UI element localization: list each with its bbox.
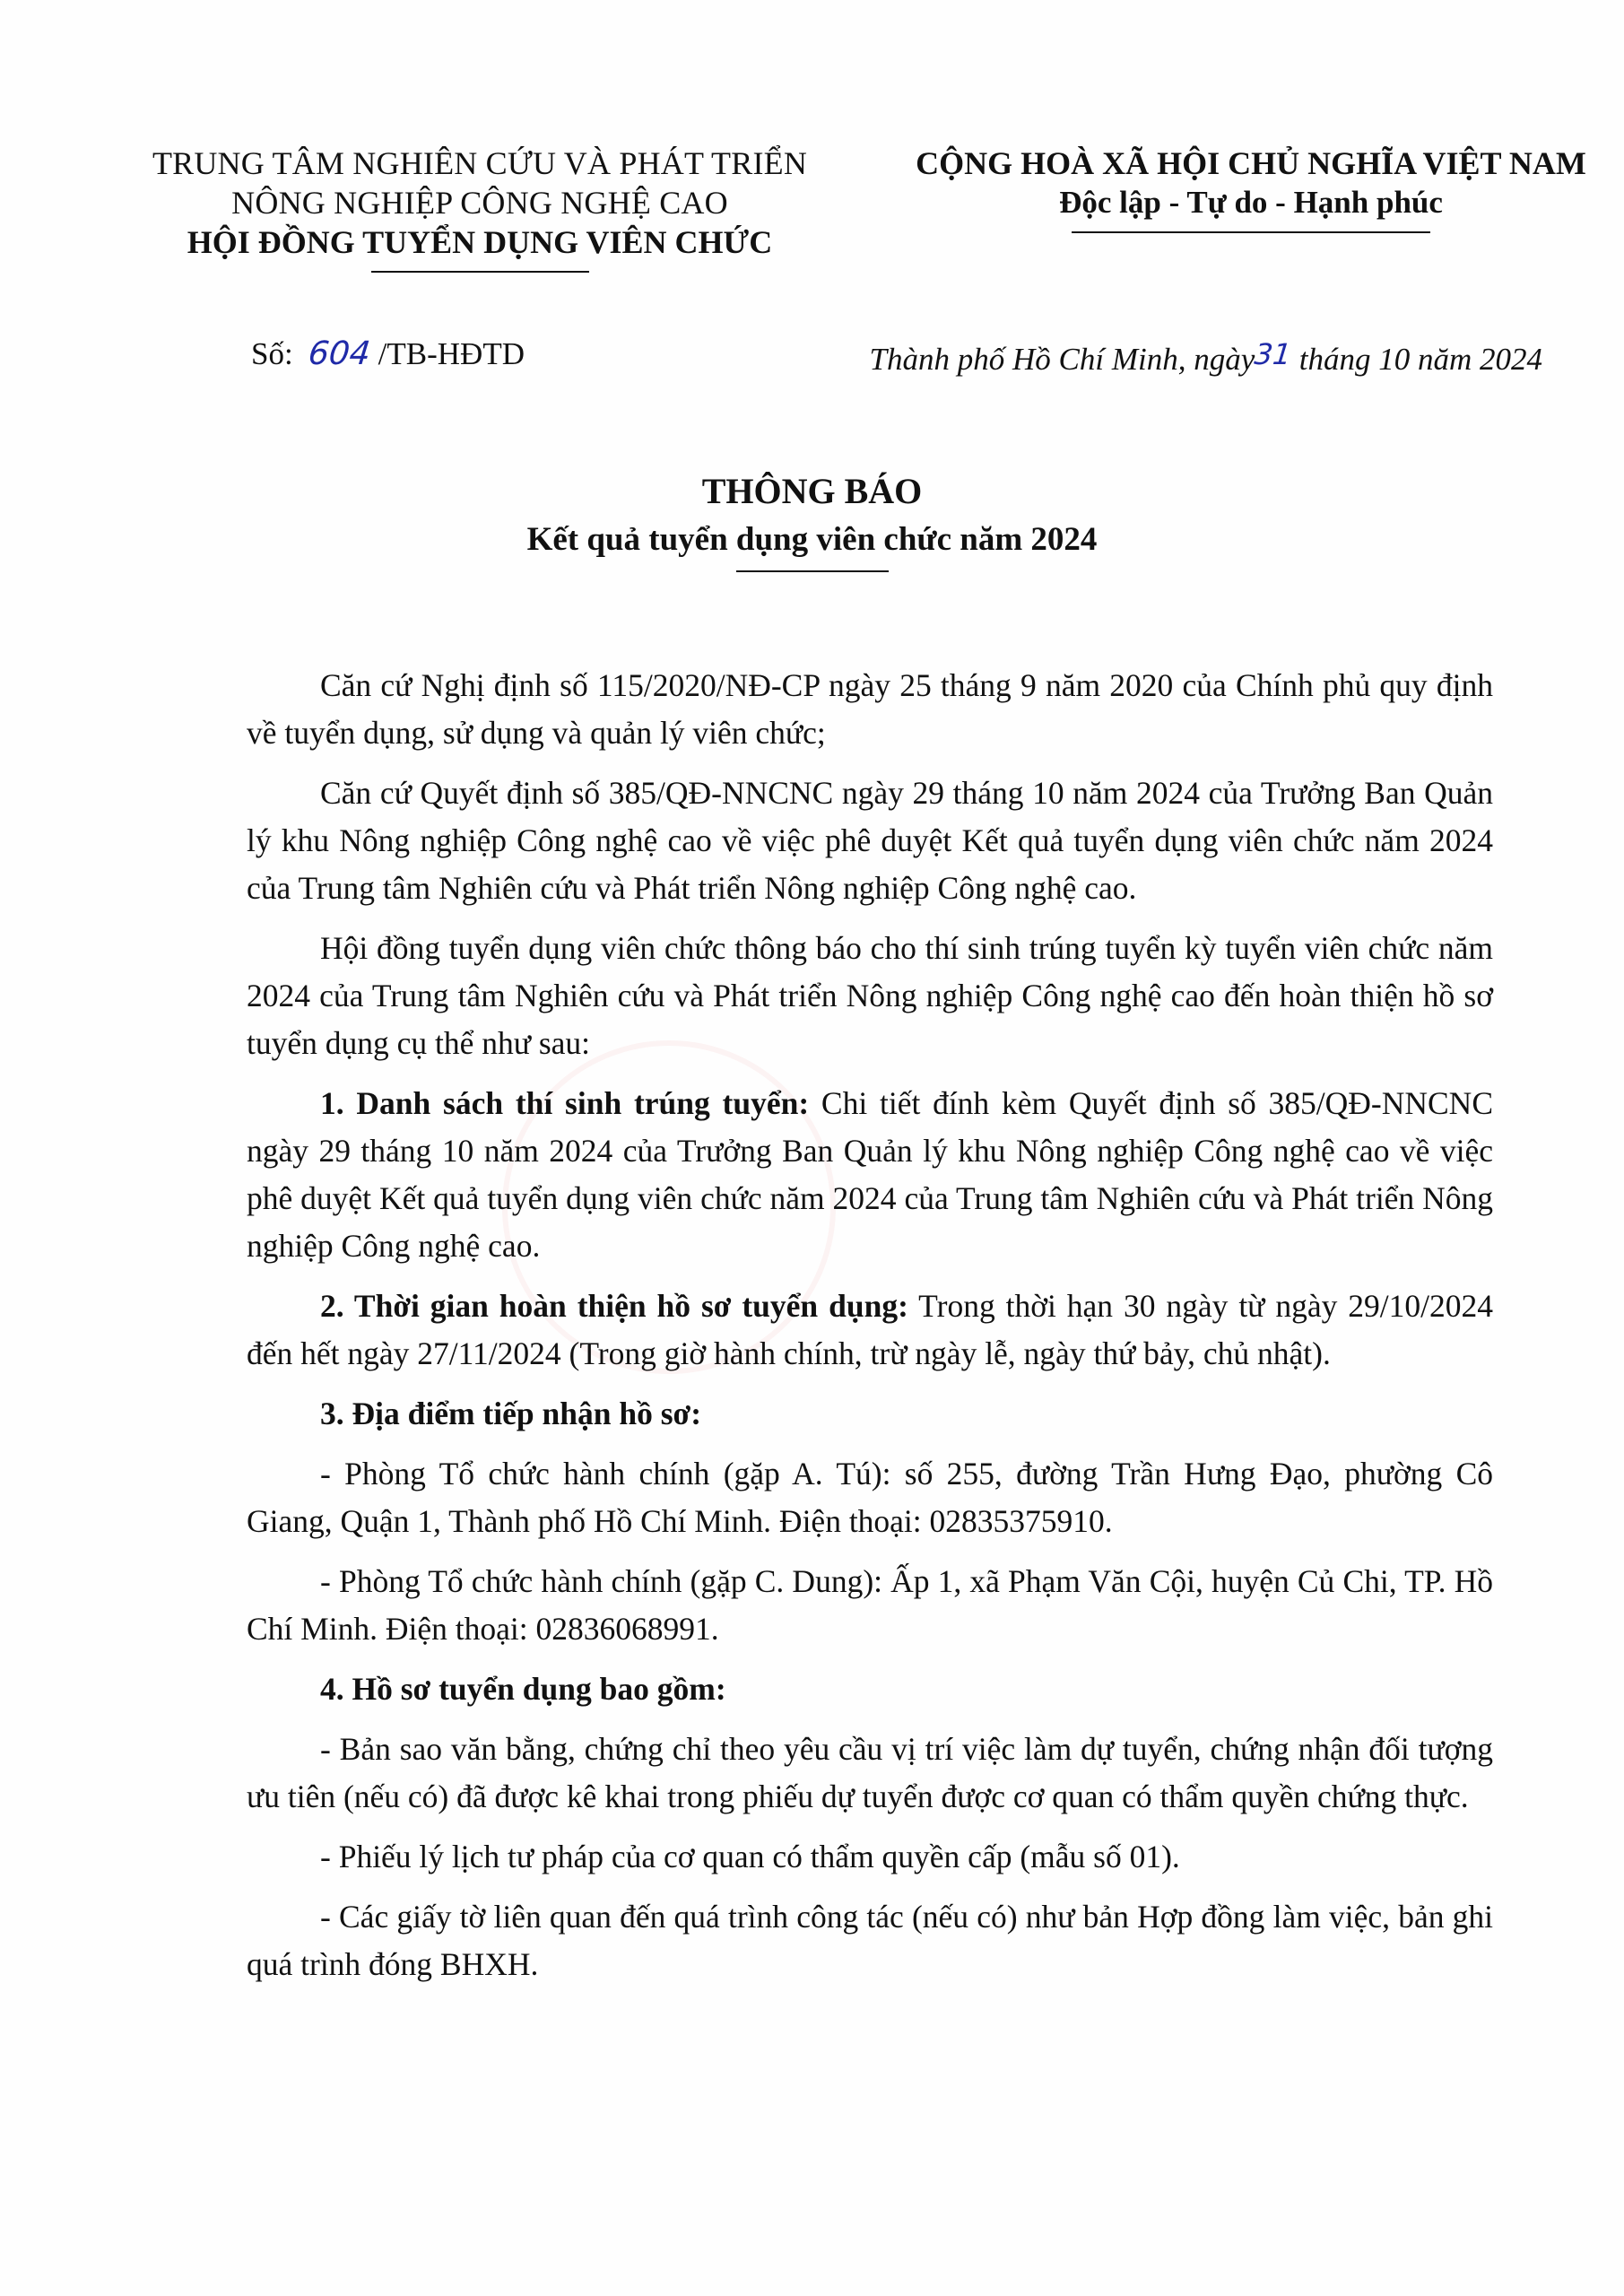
handwritten-day: 31 [1253,332,1294,377]
required-document-item: - Các giấy tờ liên quan đến quá trình cô… [247,1893,1493,1988]
required-document-item: - Bản sao văn bằng, chứng chỉ theo yêu c… [247,1726,1493,1821]
handwritten-number: 604 [307,332,373,377]
national-header-block: CỘNG HOÀ XÃ HỘI CHỦ NGHĨA VIỆT NAM Độc l… [897,143,1605,233]
legal-basis-2: Căn cứ Quyết định số 385/QĐ-NNCNC ngày 2… [247,770,1493,912]
location-item: - Phòng Tổ chức hành chính (gặp C. Dung)… [247,1558,1493,1653]
section-1: 1. Danh sách thí sinh trúng tuyển: Chi t… [247,1080,1493,1270]
required-document-item: - Phiếu lý lịch tư pháp của cơ quan có t… [247,1833,1493,1881]
section-2-heading: 2. Thời gian hoàn thiện hồ sơ tuyển dụng… [320,1288,908,1324]
document-body: Căn cứ Nghị định số 115/2020/NĐ-CP ngày … [247,662,1493,2001]
section-1-heading: 1. Danh sách thí sinh trúng tuyển: [320,1085,809,1121]
place-and-date: Thành phố Hồ Chí Minh, ngày31 tháng 10 n… [870,332,1542,382]
title-underline [736,570,889,572]
number-suffix: /TB-HĐTD [378,336,525,371]
place-date-prefix: Thành phố Hồ Chí Minh, ngày [870,342,1255,377]
section-2: 2. Thời gian hoàn thiện hồ sơ tuyển dụng… [247,1283,1493,1378]
motto-underline [1072,231,1430,233]
document-title-block: THÔNG BÁO Kết quả tuyển dụng viên chức n… [0,466,1624,572]
location-item: - Phòng Tổ chức hành chính (gặp A. Tú): … [247,1450,1493,1545]
section-3-heading: 3. Địa điểm tiếp nhận hồ sơ: [247,1390,1493,1438]
document-number: Số: 604 /TB-HĐTD [251,332,525,377]
agency-underline [371,271,589,273]
nation-name: CỘNG HOÀ XÃ HỘI CHỦ NGHĨA VIỆT NAM [897,143,1605,183]
section-3-heading-text: 3. Địa điểm tiếp nhận hồ sơ: [320,1396,701,1431]
document-type: THÔNG BÁO [0,466,1624,517]
council-name: HỘI ĐỒNG TUYỂN DỤNG VIÊN CHỨC [135,222,825,262]
intro-paragraph: Hội đồng tuyển dụng viên chức thông báo … [247,925,1493,1067]
reference-row: Số: 604 /TB-HĐTD Thành phố Hồ Chí Minh, … [251,332,1542,377]
section-4-heading: 4. Hồ sơ tuyển dụng bao gồm: [247,1665,1493,1713]
document-page: TRUNG TÂM NGHIÊN CỨU VÀ PHÁT TRIỂN NÔNG … [0,0,1624,2296]
agency-name-line-1: TRUNG TÂM NGHIÊN CỨU VÀ PHÁT TRIỂN [135,143,825,183]
legal-basis-1: Căn cứ Nghị định số 115/2020/NĐ-CP ngày … [247,662,1493,757]
agency-name-line-2: NÔNG NGHIỆP CÔNG NGHỆ CAO [135,183,825,222]
section-4-heading-text: 4. Hồ sơ tuyển dụng bao gồm: [320,1671,726,1707]
number-label: Số: [251,336,293,371]
document-subject: Kết quả tuyển dụng viên chức năm 2024 [0,517,1624,563]
issuing-agency-block: TRUNG TÂM NGHIÊN CỨU VÀ PHÁT TRIỂN NÔNG … [135,143,825,273]
place-date-suffix: tháng 10 năm 2024 [1299,342,1542,377]
national-motto: Độc lập - Tự do - Hạnh phúc [897,183,1605,222]
